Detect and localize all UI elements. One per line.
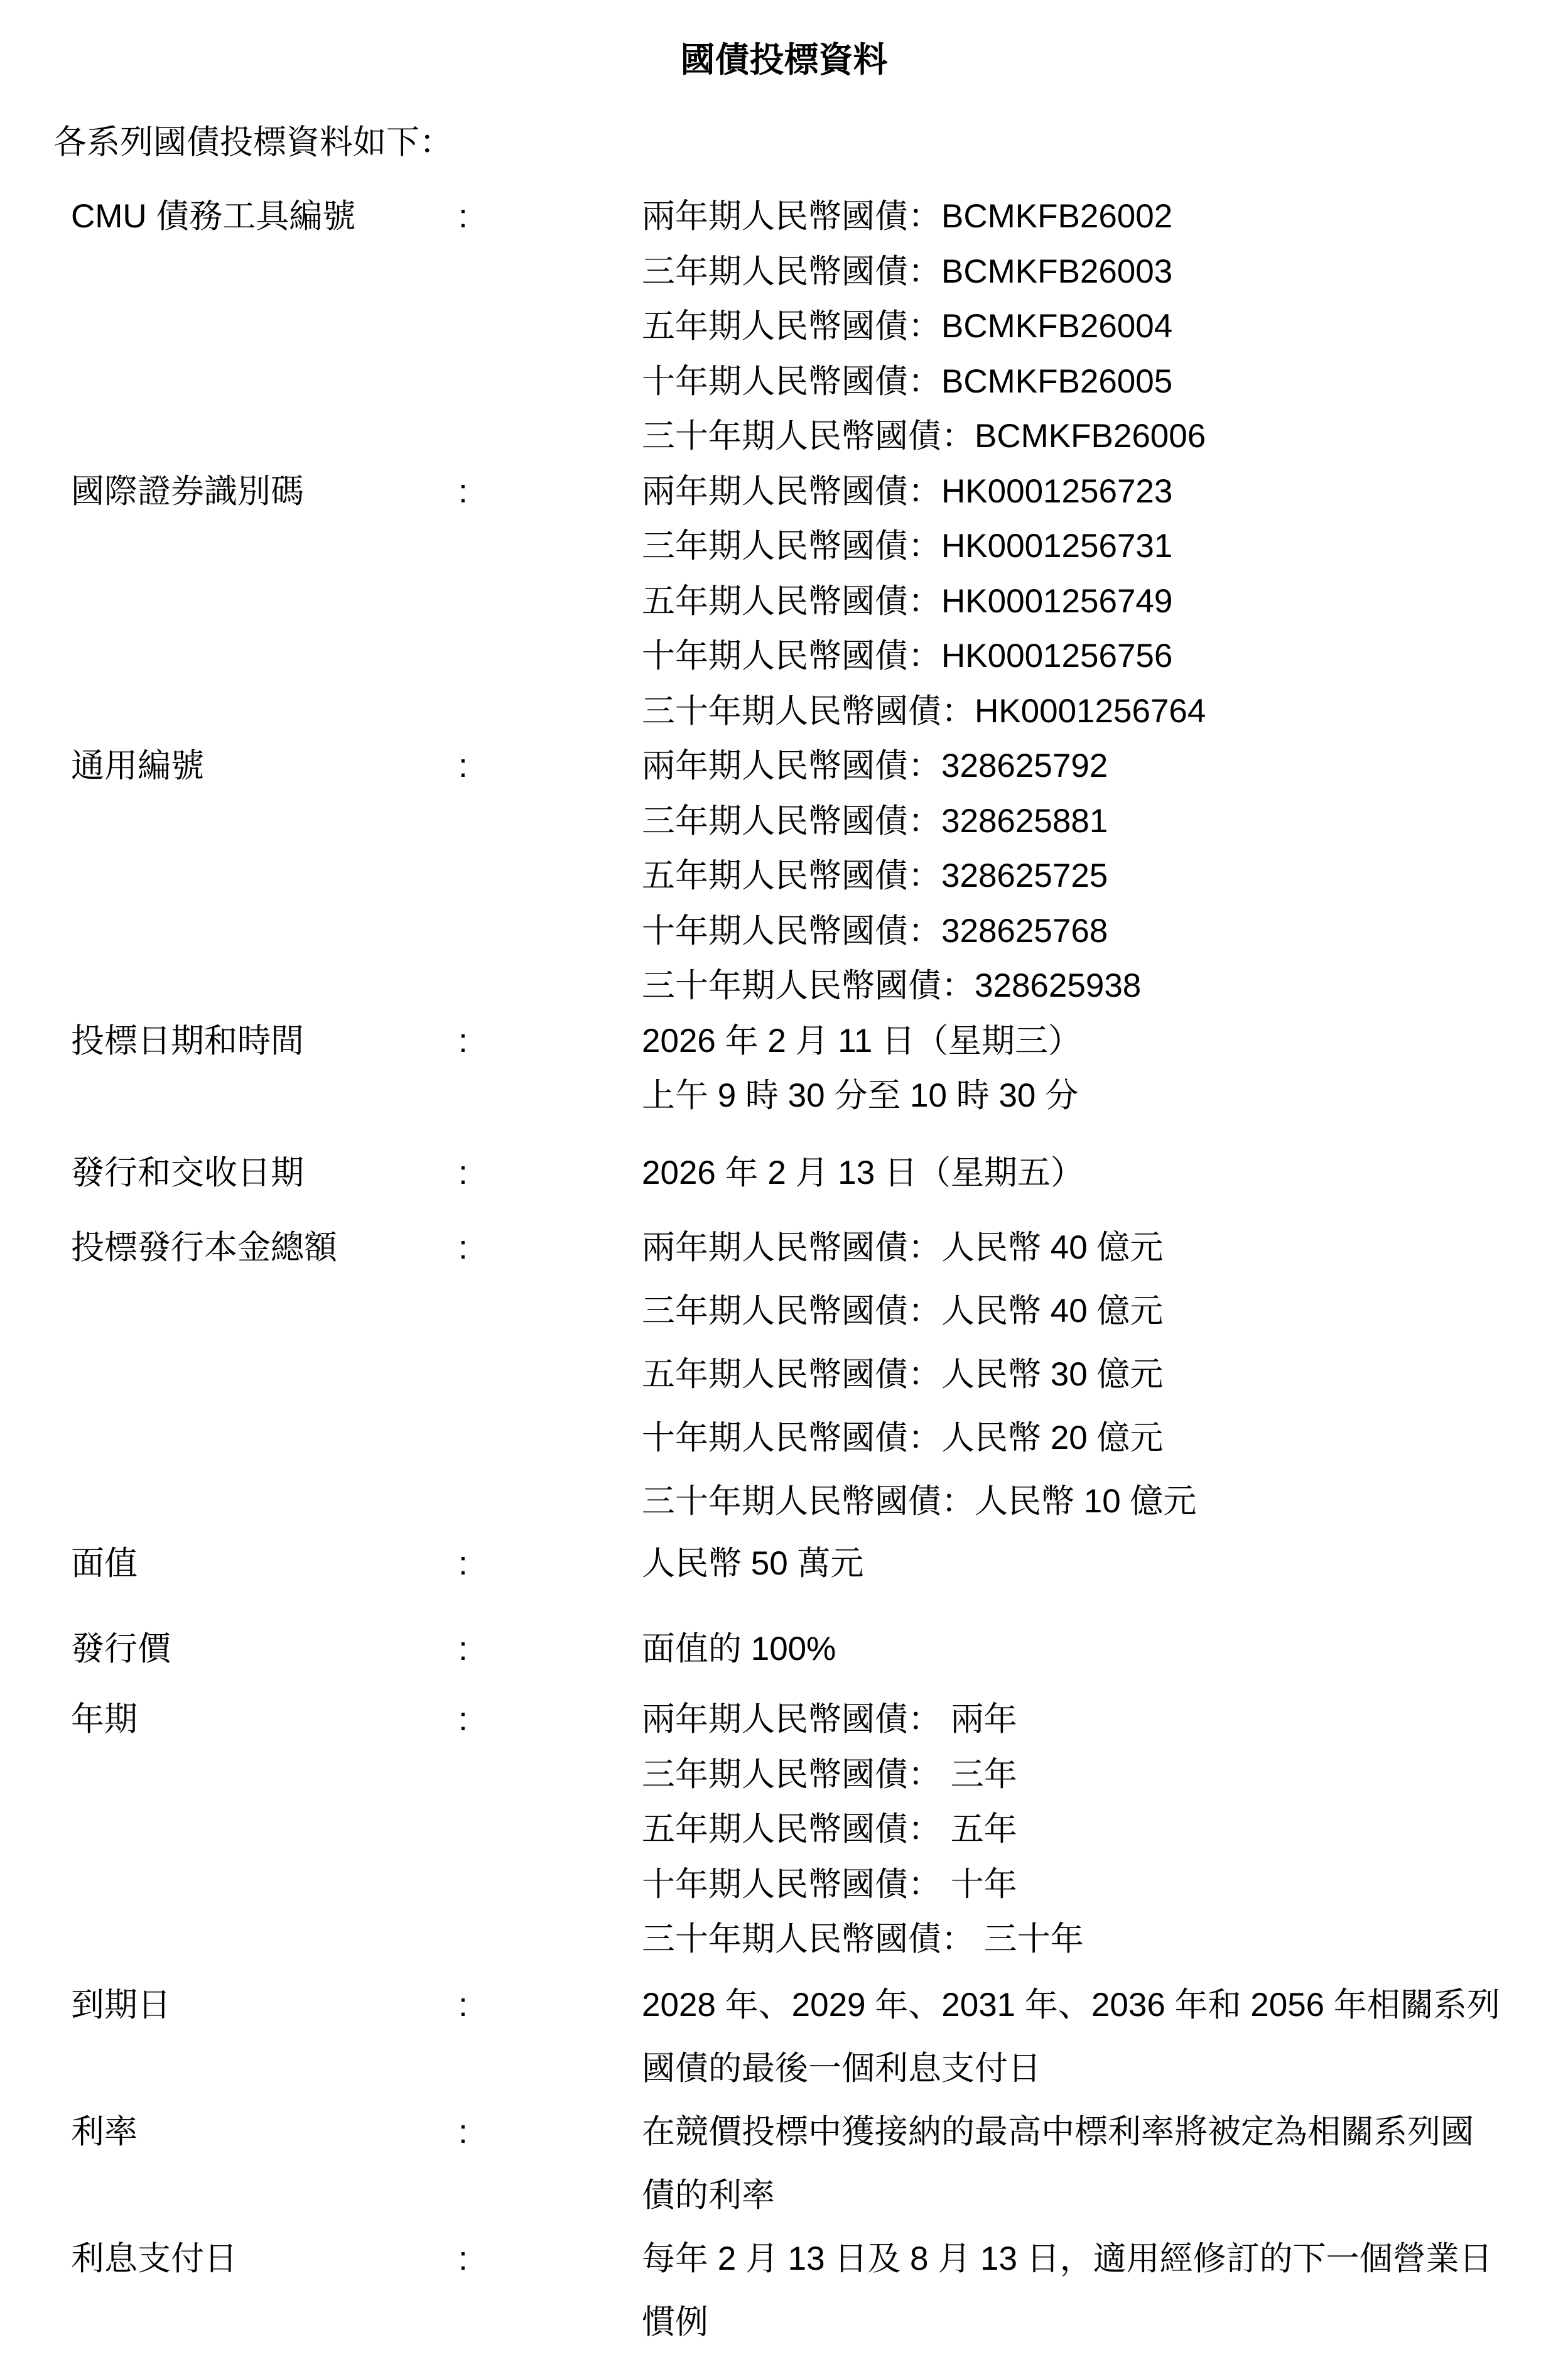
value-line: 上午 9 時 30 分至 10 時 30 分: [642, 1068, 1533, 1124]
value-line: 三十年期人民幣國債：HK0001256764: [642, 684, 1533, 739]
value-line: 每年 2 月 13 日及 8 月 13 日，適用經修訂的下一個營業日: [642, 2227, 1533, 2290]
table-row: 投標日期和時間 : 2026 年 2 月 11 日（星期三）上午 9 時 30 …: [53, 1014, 1533, 1124]
value-line: 三十年期人民幣國債： 三十年: [642, 1912, 1533, 1967]
row-label: 面值: [53, 1536, 458, 1591]
table-row: 面值 : 人民幣 50 萬元: [53, 1536, 1533, 1591]
row-colon: :: [458, 189, 642, 244]
row-label: 發行和交收日期: [53, 1146, 458, 1201]
row-value: 人民幣 50 萬元: [642, 1536, 1533, 1591]
row-colon: :: [458, 2100, 642, 2164]
row-value: 2028 年、2029 年、2031 年、2036 年和 2056 年相關系列國…: [642, 1973, 1533, 2100]
value-line: 國債的最後一個利息支付日: [642, 2037, 1533, 2100]
document-page: 國債投標資料 各系列國債投標資料如下： CMU 債務工具編號 : 兩年期人民幣國…: [0, 0, 1568, 2374]
row-label: 到期日: [53, 1973, 458, 2037]
value-line: 三十年期人民幣國債：328625938: [642, 958, 1533, 1014]
row-value: 兩年期人民幣國債： 兩年三年期人民幣國債： 三年五年期人民幣國債： 五年十年期人…: [642, 1692, 1533, 1967]
row-colon: :: [458, 1014, 642, 1069]
row-colon: :: [458, 1622, 642, 1677]
value-line: 五年期人民幣國債： 五年: [642, 1802, 1533, 1857]
row-value: 2026 年 2 月 11 日（星期三）上午 9 時 30 分至 10 時 30…: [642, 1014, 1533, 1124]
row-value: 兩年期人民幣國債：BCMKFB26002三年期人民幣國債：BCMKFB26003…: [642, 189, 1533, 464]
row-colon: :: [458, 464, 642, 519]
value-line: 債的利率: [642, 2164, 1533, 2227]
table-row: 利率 : 在競價投標中獲接納的最高中標利率將被定為相關系列國債的利率: [53, 2100, 1533, 2227]
row-value: 在競價投標中獲接納的最高中標利率將被定為相關系列國債的利率: [642, 2100, 1533, 2227]
row-label: 投標發行本金總額: [53, 1216, 458, 1279]
row-value: 面值的 100%: [642, 1622, 1533, 1677]
value-line: 十年期人民幣國債：HK0001256756: [642, 629, 1533, 684]
value-line: 五年期人民幣國債：328625725: [642, 848, 1533, 904]
row-label: 發行價: [53, 1622, 458, 1677]
row-value: 2026 年 2 月 13 日（星期五）: [642, 1146, 1533, 1201]
value-line: 三年期人民幣國債：人民幣 40 億元: [642, 1279, 1533, 1343]
value-line: 兩年期人民幣國債：人民幣 40 億元: [642, 1216, 1533, 1279]
row-label: 國際證券識別碼: [53, 464, 458, 519]
table-row: 年期 : 兩年期人民幣國債： 兩年三年期人民幣國債： 三年五年期人民幣國債： 五…: [53, 1692, 1533, 1967]
table-row: 投標發行本金總額 : 兩年期人民幣國債：人民幣 40 億元三年期人民幣國債：人民…: [53, 1216, 1533, 1533]
value-line: 三年期人民幣國債：328625881: [642, 794, 1533, 849]
bond-table: CMU 債務工具編號 : 兩年期人民幣國債：BCMKFB26002三年期人民幣國…: [0, 189, 1568, 2354]
value-line: 兩年期人民幣國債： 兩年: [642, 1692, 1533, 1747]
row-colon: :: [458, 1536, 642, 1591]
row-value: 兩年期人民幣國債：HK0001256723三年期人民幣國債：HK00012567…: [642, 464, 1533, 739]
row-colon: :: [458, 1692, 642, 1747]
row-label: CMU 債務工具編號: [53, 189, 458, 244]
value-line: 三年期人民幣國債： 三年: [642, 1747, 1533, 1802]
value-line: 人民幣 50 萬元: [642, 1536, 1533, 1591]
row-value: 每年 2 月 13 日及 8 月 13 日，適用經修訂的下一個營業日慣例: [642, 2227, 1533, 2354]
row-value: 兩年期人民幣國債：328625792三年期人民幣國債：328625881五年期人…: [642, 739, 1533, 1014]
page-title: 國債投標資料: [0, 35, 1568, 85]
value-line: 十年期人民幣國債： 十年: [642, 1857, 1533, 1912]
table-row: 利息支付日 : 每年 2 月 13 日及 8 月 13 日，適用經修訂的下一個營…: [53, 2227, 1533, 2354]
row-label: 利率: [53, 2100, 458, 2164]
value-line: 2028 年、2029 年、2031 年、2036 年和 2056 年相關系列: [642, 1973, 1533, 2037]
row-label: 利息支付日: [53, 2227, 458, 2290]
row-colon: :: [458, 1216, 642, 1279]
value-line: 在競價投標中獲接納的最高中標利率將被定為相關系列國: [642, 2100, 1533, 2164]
value-line: 十年期人民幣國債：BCMKFB26005: [642, 354, 1533, 409]
value-line: 十年期人民幣國債：328625768: [642, 904, 1533, 959]
row-colon: :: [458, 739, 642, 794]
value-line: 三十年期人民幣國債：BCMKFB26006: [642, 409, 1533, 464]
table-row: 通用編號 : 兩年期人民幣國債：328625792三年期人民幣國債：328625…: [53, 739, 1533, 1014]
row-colon: :: [458, 1146, 642, 1201]
value-line: 2026 年 2 月 13 日（星期五）: [642, 1146, 1533, 1201]
value-line: 兩年期人民幣國債：HK0001256723: [642, 464, 1533, 519]
value-line: 三年期人民幣國債：BCMKFB26003: [642, 244, 1533, 300]
row-colon: :: [458, 1973, 642, 2037]
value-line: 2026 年 2 月 11 日（星期三）: [642, 1014, 1533, 1069]
row-value: 兩年期人民幣國債：人民幣 40 億元三年期人民幣國債：人民幣 40 億元五年期人…: [642, 1216, 1533, 1533]
row-label: 投標日期和時間: [53, 1014, 458, 1069]
value-line: 五年期人民幣國債：BCMKFB26004: [642, 299, 1533, 354]
value-line: 三十年期人民幣國債：人民幣 10 億元: [642, 1470, 1533, 1533]
intro-line: 各系列國債投標資料如下：: [0, 115, 1568, 170]
value-line: 兩年期人民幣國債：BCMKFB26002: [642, 189, 1533, 244]
value-line: 十年期人民幣國債：人民幣 20 億元: [642, 1406, 1533, 1470]
value-line: 三年期人民幣國債：HK0001256731: [642, 519, 1533, 574]
table-row: 發行價 : 面值的 100%: [53, 1622, 1533, 1677]
table-row: 發行和交收日期 : 2026 年 2 月 13 日（星期五）: [53, 1146, 1533, 1201]
value-line: 五年期人民幣國債：HK0001256749: [642, 574, 1533, 629]
table-row: CMU 債務工具編號 : 兩年期人民幣國債：BCMKFB26002三年期人民幣國…: [53, 189, 1533, 464]
row-colon: :: [458, 2227, 642, 2290]
value-line: 面值的 100%: [642, 1622, 1533, 1677]
value-line: 五年期人民幣國債：人民幣 30 億元: [642, 1343, 1533, 1406]
value-line: 慣例: [642, 2290, 1533, 2354]
table-row: 到期日 : 2028 年、2029 年、2031 年、2036 年和 2056 …: [53, 1973, 1533, 2100]
row-label: 通用編號: [53, 739, 458, 794]
row-label: 年期: [53, 1692, 458, 1747]
table-row: 國際證券識別碼 : 兩年期人民幣國債：HK0001256723三年期人民幣國債：…: [53, 464, 1533, 739]
value-line: 兩年期人民幣國債：328625792: [642, 739, 1533, 794]
